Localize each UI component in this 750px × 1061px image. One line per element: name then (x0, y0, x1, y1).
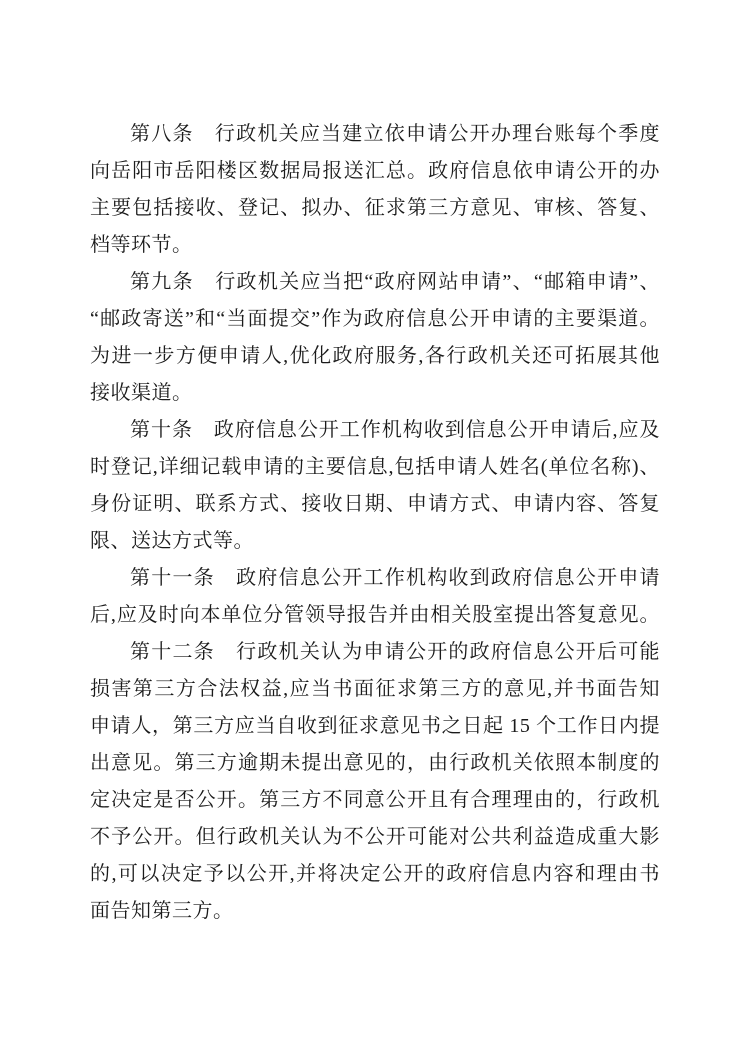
text-line: 损害第三方合法权益,应当书面征求第三方的意见,并书面告知 (90, 671, 660, 708)
paragraph-article-9: 第九条 行政机关应当把“政府网站申请”、“邮箱申请”、 “邮政寄送”和“当面提交… (90, 264, 660, 412)
text-line: 第九条 行政机关应当把“政府网站申请”、“邮箱申请”、 (90, 264, 660, 301)
text-line: 接收渠道。 (90, 375, 660, 412)
document-page: 第八条 行政机关应当建立依申请公开办理台账每个季度 向岳阳市岳阳楼区数据局报送汇… (0, 0, 750, 1061)
text-line: 不予公开。但行政机关认为不公开可能对公共利益造成重大影响 (90, 819, 660, 856)
text-line: 身份证明、联系方式、接收日期、申请方式、申请内容、答复期 (90, 486, 660, 523)
text-line: 为进一步方便申请人,优化政府服务,各行政机关还可拓展其他 (90, 338, 660, 375)
text-line: 向岳阳市岳阳楼区数据局报送汇总。政府信息依申请公开的办理, (90, 153, 660, 190)
text-line: 第十一条 政府信息公开工作机构收到政府信息公开申请 (90, 560, 660, 597)
text-line: 面告知第三方。 (90, 893, 660, 930)
text-line: “邮政寄送”和“当面提交”作为政府信息公开申请的主要渠道。 (90, 301, 660, 338)
text-line: 时登记,详细记载申请的主要信息,包括申请人姓名(单位名称)、 (90, 449, 660, 486)
text-line: 的,可以决定予以公开,并将决定公开的政府信息内容和理由书 (90, 856, 660, 893)
text-line: 主要包括接收、登记、拟办、征求第三方意见、审核、答复、归 (90, 190, 660, 227)
text-line: 档等环节。 (90, 227, 660, 264)
text-line: 定决定是否公开。第三方不同意公开且有合理理由的，行政机关 (90, 782, 660, 819)
text-line: 第十二条 行政机关认为申请公开的政府信息公开后可能 (90, 634, 660, 671)
document-text-block: 第八条 行政机关应当建立依申请公开办理台账每个季度 向岳阳市岳阳楼区数据局报送汇… (90, 116, 660, 930)
text-line: 限、送达方式等。 (90, 523, 660, 560)
paragraph-article-12: 第十二条 行政机关认为申请公开的政府信息公开后可能 损害第三方合法权益,应当书面… (90, 634, 660, 930)
text-line: 第十条 政府信息公开工作机构收到信息公开申请后,应及 (90, 412, 660, 449)
text-line: 后,应及时向本单位分管领导报告并由相关股室提出答复意见。 (90, 597, 660, 634)
paragraph-article-8: 第八条 行政机关应当建立依申请公开办理台账每个季度 向岳阳市岳阳楼区数据局报送汇… (90, 116, 660, 264)
text-line: 申请人，第三方应当自收到征求意见书之日起 15 个工作日内提 (90, 708, 660, 745)
paragraph-article-11: 第十一条 政府信息公开工作机构收到政府信息公开申请 后,应及时向本单位分管领导报… (90, 560, 660, 634)
text-line: 出意见。第三方逾期未提出意见的，由行政机关依照本制度的规 (90, 745, 660, 782)
paragraph-article-10: 第十条 政府信息公开工作机构收到信息公开申请后,应及 时登记,详细记载申请的主要… (90, 412, 660, 560)
text-line: 第八条 行政机关应当建立依申请公开办理台账每个季度 (90, 116, 660, 153)
